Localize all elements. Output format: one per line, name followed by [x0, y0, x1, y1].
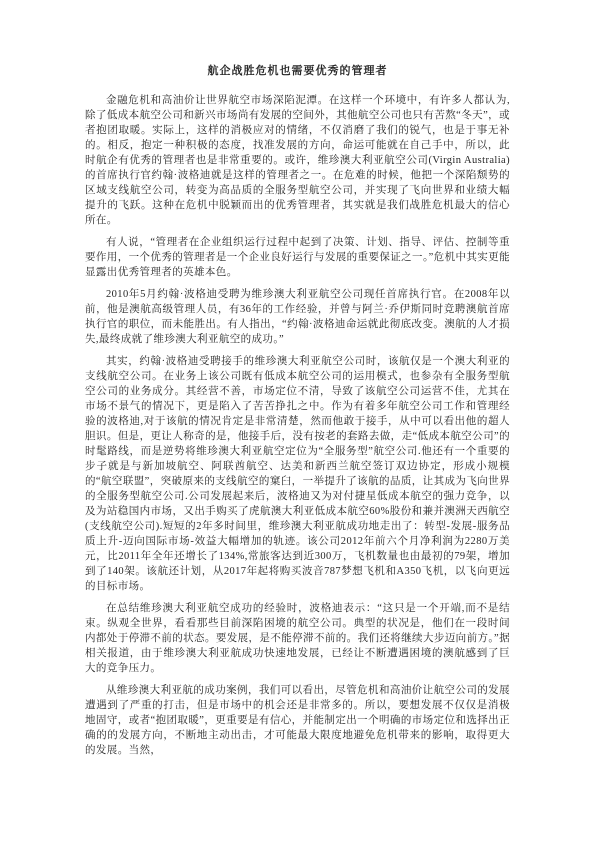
paragraph-conclusion: 从维珍澳大利亚航的成功案例，我们可以看出，尽管危机和高油价让航空公司的发展遭遇到… [85, 683, 510, 758]
paragraph-transformation: 其实，约翰·波格迪受聘接手的维珍澳大利亚航空公司时，该航仅是一个澳大利亚的支线航… [85, 354, 510, 594]
paragraph-ceo-appointment: 2010年5月约翰·波格迪受聘为维珍澳大利亚航空公司现任首席执行官。在2008年… [85, 287, 510, 347]
paragraph-ceo-summary-quote: 在总结维珍澳大利亚航空成功的经验时，波格迪表示：“这只是一个开端,而不是结束。纵… [85, 601, 510, 676]
document-title: 航企战胜危机也需要优秀的管理者 [85, 64, 510, 79]
document-page: 航企战胜危机也需要优秀的管理者 金融危机和高油价让世界航空市场深陷泥潭。在这样一… [0, 0, 595, 842]
document-body: 金融危机和高油价让世界航空市场深陷泥潭。在这样一个环境中，有许多人都认为,除了低… [85, 93, 510, 758]
paragraph-intro: 金融危机和高油价让世界航空市场深陷泥潭。在这样一个环境中，有许多人都认为,除了低… [85, 93, 510, 228]
paragraph-quote-manager-role: 有人说，“管理者在企业组织运行过程中起到了决策、计划、指导、评估、控制等重要作用… [85, 235, 510, 280]
